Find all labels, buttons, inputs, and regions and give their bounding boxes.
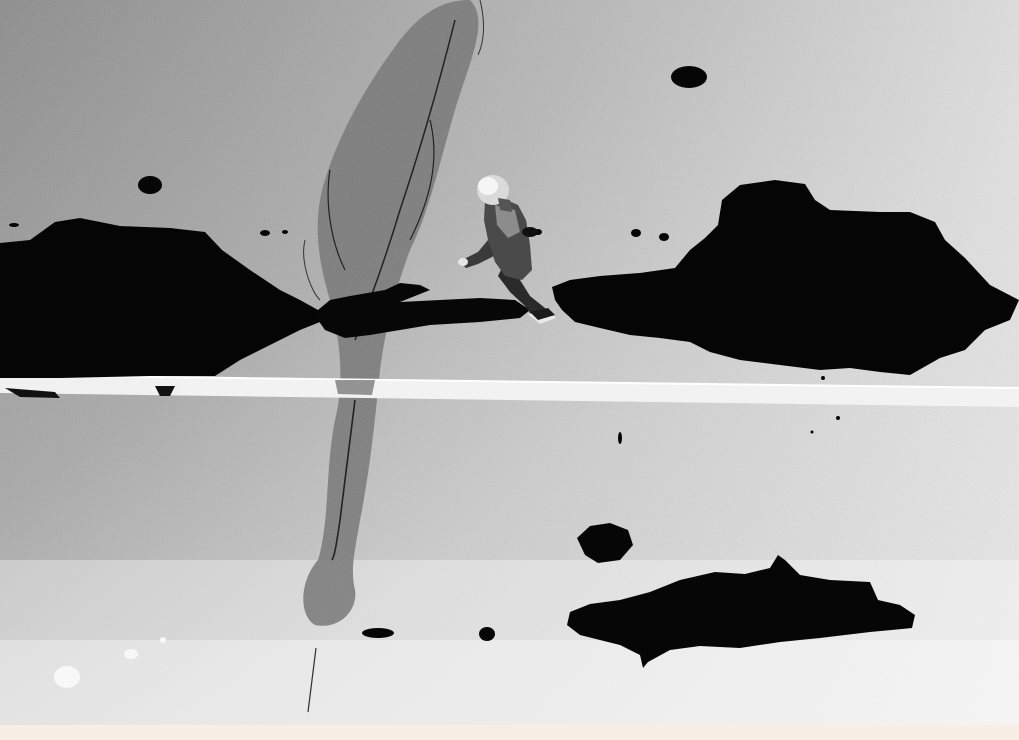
bottom-strip	[0, 725, 1019, 740]
photograph	[0, 0, 1019, 725]
